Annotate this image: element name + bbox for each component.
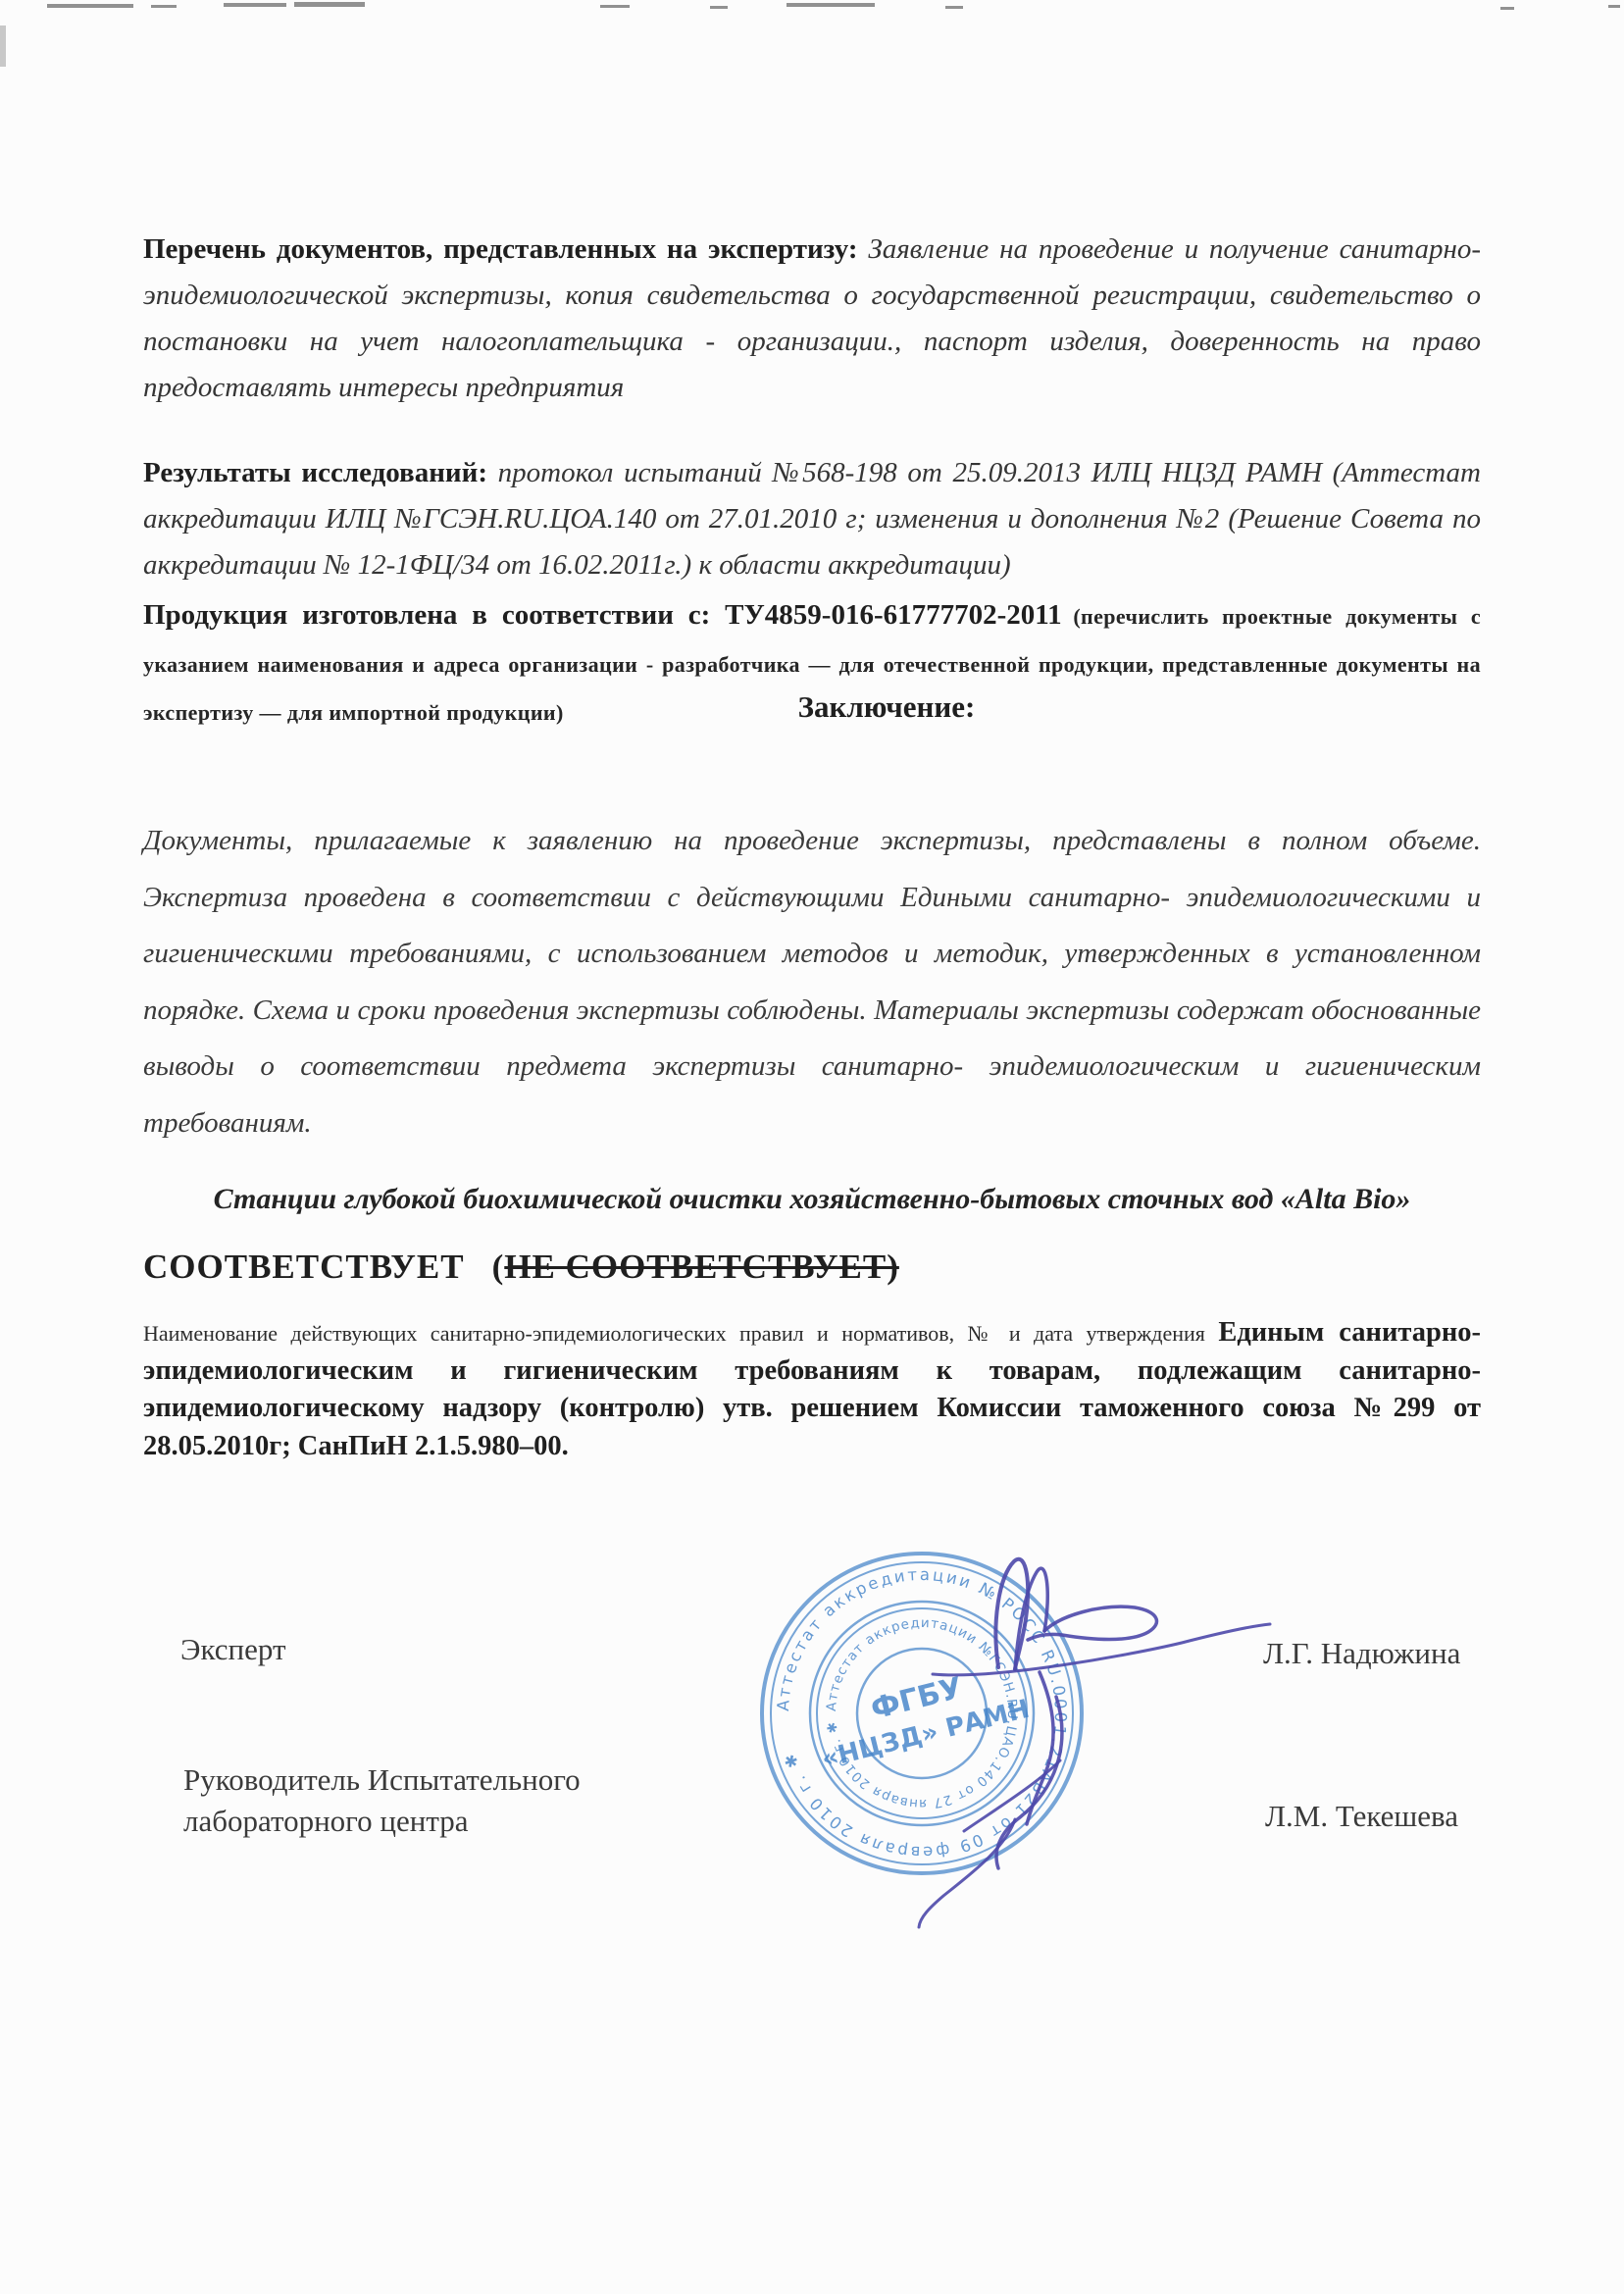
scan-artifact	[787, 3, 875, 7]
scan-artifact	[600, 5, 630, 8]
product-name-line: Станции глубокой биохимической очистки х…	[0, 1183, 1624, 1216]
verdict-negative-struck: НЕ СООТВЕТСТВУЕТ)	[504, 1248, 899, 1286]
norms-paragraph: Наименование действующих санитарно-эпиде…	[143, 1316, 1481, 1467]
scan-artifact	[710, 6, 728, 9]
scan-artifact	[151, 5, 177, 8]
norms-caption: Наименование действующих санитарно-эпиде…	[143, 1321, 1218, 1346]
verdict-positive: СООТВЕТСТВУЕТ	[143, 1248, 465, 1286]
conclusion-heading: Заключение:	[75, 689, 1624, 725]
document-page: Перечень документов, представленных на э…	[0, 0, 1624, 2294]
scan-artifact	[47, 4, 133, 8]
conclusion-body: Документы, прилагаемые к заявлению на пр…	[143, 813, 1481, 1151]
stamp-and-signature: Аттестат аккредитации № РОСС RU.0001.21А…	[711, 1505, 1309, 2074]
documents-list-paragraph: Перечень документов, представленных на э…	[143, 227, 1481, 411]
scan-artifact	[945, 6, 963, 9]
verdict-open-paren: (	[492, 1248, 505, 1286]
expert-title: Эксперт	[180, 1632, 286, 1667]
production-standard-label: Продукция изготовлена в соответствии с: …	[143, 599, 1062, 631]
scan-artifact	[224, 3, 286, 7]
verdict-line: СООТВЕТСТВУЕТ(НЕ СООТВЕТСТВУЕТ)	[143, 1248, 1481, 1287]
scan-artifact	[0, 25, 6, 67]
scan-artifact	[1500, 7, 1514, 10]
round-stamp-svg: Аттестат аккредитации № РОСС RU.0001.21А…	[711, 1505, 1309, 2074]
lab-head-title: Руководитель Испытательного лабораторног…	[183, 1759, 644, 1842]
documents-list-label: Перечень документов, представленных на э…	[143, 233, 857, 265]
scan-artifact	[294, 2, 365, 7]
research-results-paragraph: Результаты исследований: протокол испыта…	[143, 450, 1481, 588]
research-results-label: Результаты исследований:	[143, 457, 487, 488]
scan-artifact	[1608, 5, 1620, 8]
